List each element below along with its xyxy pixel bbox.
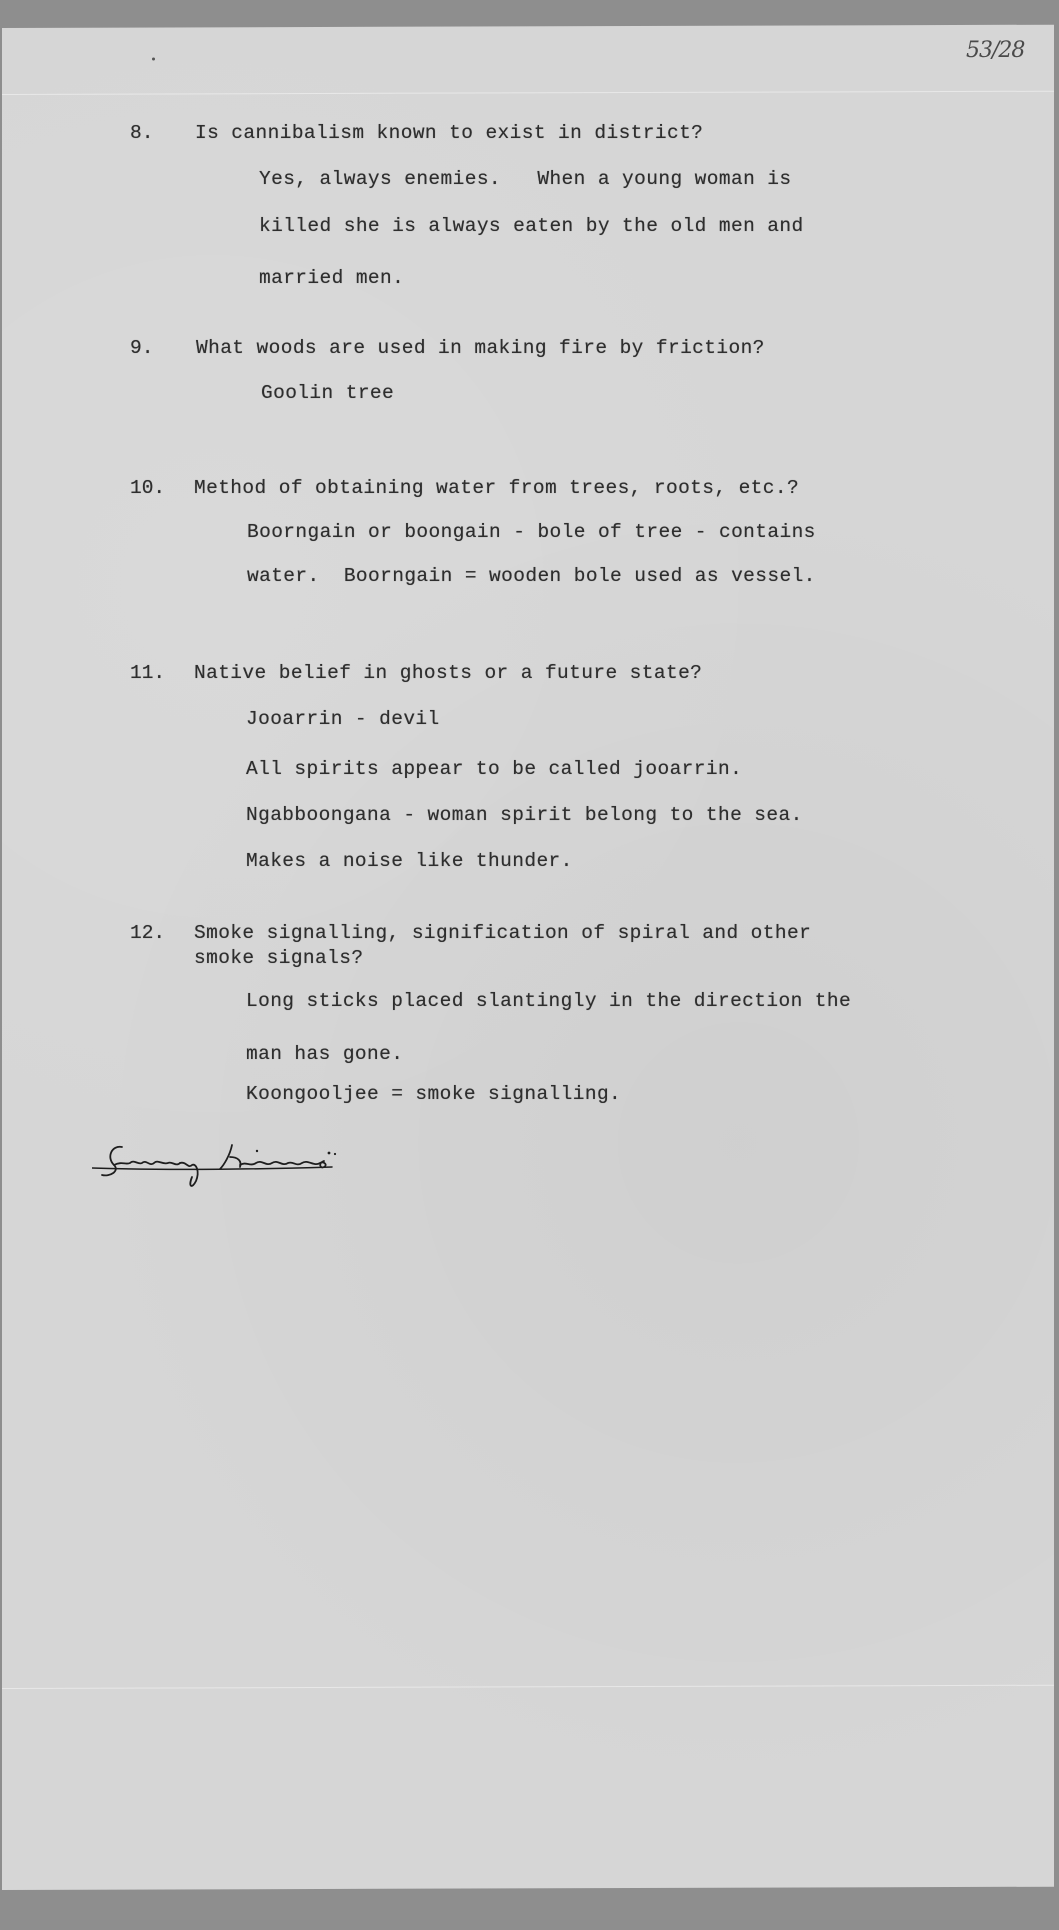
answer-line: Koongooljee = smoke signalling. [246,1083,621,1105]
struck-signature [92,1135,372,1195]
question-text: Native belief in ghosts or a future stat… [194,662,702,684]
question-text: What woods are used in making fire by fr… [196,337,765,359]
answer-line: Ngabboongana - woman spirit belong to th… [246,804,803,826]
answer-line: Goolin tree [261,382,394,404]
answer-line: man has gone. [246,1043,403,1065]
question-number: 10. [130,477,165,499]
answer-line: Jooarrin - devil [246,708,440,730]
question-text: smoke signals? [194,947,363,969]
question-number: 12. [130,922,165,944]
question-number: 8. [130,122,153,144]
fold-line [2,1685,1054,1689]
answer-line: killed she is always eaten by the old me… [259,215,804,237]
question-number: 9. [130,337,153,359]
fold-line [2,91,1054,95]
question-number: 11. [130,662,165,684]
document-page [2,25,1054,1890]
answer-line: Yes, always enemies. When a young woman … [259,168,791,190]
answer-line: Long sticks placed slantingly in the dir… [246,990,851,1012]
answer-line: Makes a noise like thunder. [246,850,573,872]
answer-line: married men. [259,267,404,289]
answer-line: water. Boorngain = wooden bole used as v… [247,565,816,587]
answer-line: All spirits appear to be called jooarrin… [246,758,742,780]
question-text: Smoke signalling, signification of spira… [194,922,811,944]
question-text: Is cannibalism known to exist in distric… [195,122,703,144]
answer-line: Boorngain or boongain - bole of tree - c… [247,521,816,543]
paper-speck [152,58,155,61]
question-text: Method of obtaining water from trees, ro… [194,477,799,499]
page-reference: 53/28 [966,38,1024,63]
